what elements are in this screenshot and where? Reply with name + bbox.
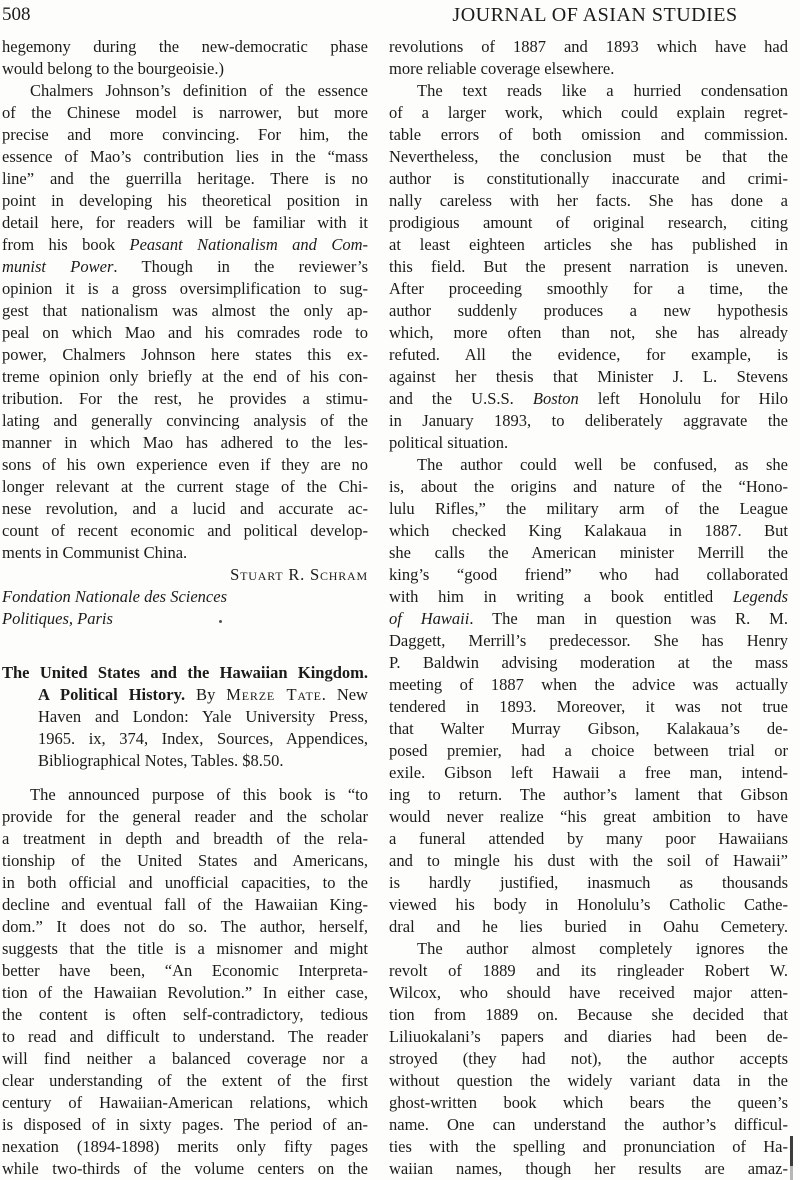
text-line: power, Chalmers Johnson here states this…: [2, 344, 368, 366]
text-line: The author could well be confused, as sh…: [389, 454, 788, 476]
text-line: tion from 1889 on. Because she decided t…: [389, 1004, 788, 1026]
text-line: without question the widely variant data…: [389, 1070, 788, 1092]
text-line: 1965. ix, 374, Index, Sources, Appendice…: [2, 728, 368, 750]
text-line: The author almost completely ignores the: [389, 938, 788, 960]
text-line: line” and the guerrilla heritage. There …: [2, 168, 368, 190]
text-line: which, more often than not, she has alre…: [389, 322, 788, 344]
text-line: ing to return. The author’s lament that …: [389, 784, 788, 806]
text-line: lating and generally convincing analysis…: [2, 410, 368, 432]
review2-paragraph-1: The announced purpose of this book is “t…: [2, 784, 368, 1180]
text-line: Chalmers Johnson’s definition of the ess…: [2, 80, 368, 102]
text-line: ments in Communist China.: [2, 542, 368, 564]
text-line: Nevertheless, the conclusion must be tha…: [389, 146, 788, 168]
right-column: revolutions of 1887 and 1893 which have …: [389, 36, 788, 1180]
text-line: provide for the general reader and the s…: [2, 806, 368, 828]
text-line: dom.” It does not do so. The author, her…: [2, 916, 368, 938]
text-line: detail here, for readers will be familia…: [2, 212, 368, 234]
text-line: with him in writing a book entitled Lege…: [389, 586, 788, 608]
text-line: point in developing his theoretical posi…: [2, 190, 368, 212]
text-line: to read and difficult to understand. The…: [2, 1026, 368, 1048]
text-line: A Political History. By Merze Tate. New: [2, 684, 368, 706]
text-line: in January 1893, to deliberately aggrava…: [389, 410, 788, 432]
text-line: political situation.: [389, 432, 788, 454]
text-line: clear understanding of the extent of the…: [2, 1070, 368, 1092]
text-line: ghost-written book which bears the queen…: [389, 1092, 788, 1114]
text-line: decline and eventual fall of the Hawaiia…: [2, 894, 368, 916]
text-line: stroyed (they had not), the author accep…: [389, 1048, 788, 1070]
text-line: at least eighteen articles she has publi…: [389, 234, 788, 256]
review1-paragraph: Chalmers Johnson’s definition of the ess…: [2, 80, 368, 564]
text-line: Fondation Nationale des Sciences: [2, 586, 368, 608]
text-line: Stuart R. Schram: [2, 564, 368, 586]
reviewer-signature: Stuart R. Schram: [2, 564, 368, 586]
text-line: essence of Mao’s contribution lies in th…: [2, 146, 368, 168]
text-line: revolt of 1889 and its ringleader Robert…: [389, 960, 788, 982]
text-line: P. Baldwin advising moderation at the ma…: [389, 652, 788, 674]
text-line: gest that nationalism was almost the onl…: [2, 300, 368, 322]
text-line: this field. But the present narration is…: [389, 256, 788, 278]
text-line: exile. Gibson left Hawaii a free man, in…: [389, 762, 788, 784]
text-line: munist Power. Though in the reviewer’s: [2, 256, 368, 278]
text-line: would belong to the bourgeoisie.): [2, 58, 368, 80]
text-line: that Walter Murray Gibson, Kalakaua’s de…: [389, 718, 788, 740]
ink-speck: [219, 620, 222, 623]
text-line: more reliable coverage elsewhere.: [389, 58, 788, 80]
text-line: is disposed of in sixty pages. The perio…: [2, 1114, 368, 1136]
text-line: is hardly justified, inasmuch as thousan…: [389, 872, 788, 894]
text-line: tendered in 1893. Moreover, it was not t…: [389, 696, 788, 718]
text-line: Liliuokalani’s papers and diaries had be…: [389, 1026, 788, 1048]
text-line: meeting of 1887 when the advice was actu…: [389, 674, 788, 696]
text-line: will find neither a balanced coverage no…: [2, 1048, 368, 1070]
text-line: of the Chinese model is narrower, but mo…: [2, 102, 368, 124]
text-line: Bibliographical Notes, Tables. $8.50.: [2, 750, 368, 772]
text-line: precise and more convincing. For him, th…: [2, 124, 368, 146]
text-line: of Hawaii. The man in question was R. M.: [389, 608, 788, 630]
text-line: tribution. For the rest, he provides a s…: [2, 388, 368, 410]
left-column: hegemony during the new-democratic phase…: [2, 36, 368, 1180]
text-line: against her thesis that Minister J. L. S…: [389, 366, 788, 388]
text-line: a treatment in depth and breadth of the …: [2, 828, 368, 850]
text-line: century of Hawaiian-American relations, …: [2, 1092, 368, 1114]
text-line: name. One can understand the author’s di…: [389, 1114, 788, 1136]
text-line: manner in which Mao has adhered to the l…: [2, 432, 368, 454]
text-line: lulu Rifles,” the military arm of the Le…: [389, 498, 788, 520]
journal-title: JOURNAL OF ASIAN STUDIES: [400, 3, 790, 27]
text-line: longer relevant at the current stage of …: [2, 476, 368, 498]
text-line: Daggett, Merrill’s predecessor. She has …: [389, 630, 788, 652]
text-line: author suddenly produces a new hypothesi…: [389, 300, 788, 322]
reviewer-affiliation: Fondation Nationale des SciencesPolitiqu…: [2, 586, 368, 630]
text-line: treme opinion only briefly at the end of…: [2, 366, 368, 388]
text-line: posed premier, had a choice between tria…: [389, 740, 788, 762]
text-line: and the U.S.S. Boston left Honolulu for …: [389, 388, 788, 410]
review2-paragraph-4: The author almost completely ignores the…: [389, 938, 788, 1180]
text-line: The text reads like a hurried condensati…: [389, 80, 788, 102]
text-line: and to mingle his dust with the soil of …: [389, 850, 788, 872]
text-line: which checked King Kalakaua in 1887. But: [389, 520, 788, 542]
text-line: Wilcox, who should have received major a…: [389, 982, 788, 1004]
text-line: the content is often self-contradictory,…: [2, 1004, 368, 1026]
text-line: better have been, “An Economic Interpret…: [2, 960, 368, 982]
text-line: dral and he lies buried in Oahu Cemetery…: [389, 916, 788, 938]
text-line: viewed his body in Honolulu’s Catholic C…: [389, 894, 788, 916]
text-line: count of recent economic and political d…: [2, 520, 368, 542]
journal-page: 508 JOURNAL OF ASIAN STUDIES hegemony du…: [0, 0, 800, 1180]
text-line: Haven and London: Yale University Press,: [2, 706, 368, 728]
scan-artifact-bar: [790, 1136, 793, 1166]
text-line: peal on which Mao and his comrades rode …: [2, 322, 368, 344]
text-line: tionship of the United States and Americ…: [2, 850, 368, 872]
review2-text-continued: revolutions of 1887 and 1893 which have …: [389, 36, 788, 80]
text-line: Politiques, Paris: [2, 608, 368, 630]
text-line: After proceeding smoothly for a time, th…: [389, 278, 788, 300]
text-line: from his book Peasant Nationalism and Co…: [2, 234, 368, 256]
review2-paragraph-3: The author could well be confused, as sh…: [389, 454, 788, 938]
page-number: 508: [2, 4, 31, 26]
book-citation: The United States and the Hawaiian Kingd…: [2, 662, 368, 772]
text-line: prodigious amount of original research, …: [389, 212, 788, 234]
text-line: nally careless with her facts. She has d…: [389, 190, 788, 212]
text-line: opinion it is a gross oversimplification…: [2, 278, 368, 300]
text-line: while two-thirds of the volume centers o…: [2, 1158, 368, 1180]
text-line: king’s “good friend” who had collaborate…: [389, 564, 788, 586]
text-line: would never realize “his great ambition …: [389, 806, 788, 828]
text-line: refuted. All the evidence, for example, …: [389, 344, 788, 366]
text-line: sons of his own experience even if they …: [2, 454, 368, 476]
review2-paragraph-2: The text reads like a hurried condensati…: [389, 80, 788, 454]
text-line: hegemony during the new-democratic phase: [2, 36, 368, 58]
text-line: nese revolution, and a lucid and accurat…: [2, 498, 368, 520]
text-line: suggests that the title is a misnomer an…: [2, 938, 368, 960]
text-line: The announced purpose of this book is “t…: [2, 784, 368, 806]
text-line: table errors of both omission and commis…: [389, 124, 788, 146]
text-line: a funeral attended by many poor Hawaiian…: [389, 828, 788, 850]
text-line: tion of the Hawaiian Revolution.” In eit…: [2, 982, 368, 1004]
text-line: nexation (1894-1898) merits only fifty p…: [2, 1136, 368, 1158]
text-line: is, about the origins and nature of the …: [389, 476, 788, 498]
text-line: in both official and unofficial capaciti…: [2, 872, 368, 894]
text-line: ties with the spelling and pronunciation…: [389, 1136, 788, 1158]
text-line: of a larger work, which could explain re…: [389, 102, 788, 124]
text-line: The United States and the Hawaiian Kingd…: [2, 662, 368, 684]
scan-artifact-bar-faded: [790, 1166, 793, 1180]
text-line: waiian names, though her results are ama…: [389, 1158, 788, 1180]
text-line: she calls the American minister Merrill …: [389, 542, 788, 564]
text-line: revolutions of 1887 and 1893 which have …: [389, 36, 788, 58]
review1-text-continued: hegemony during the new-democratic phase…: [2, 36, 368, 80]
text-line: author is constitutionally inaccurate an…: [389, 168, 788, 190]
